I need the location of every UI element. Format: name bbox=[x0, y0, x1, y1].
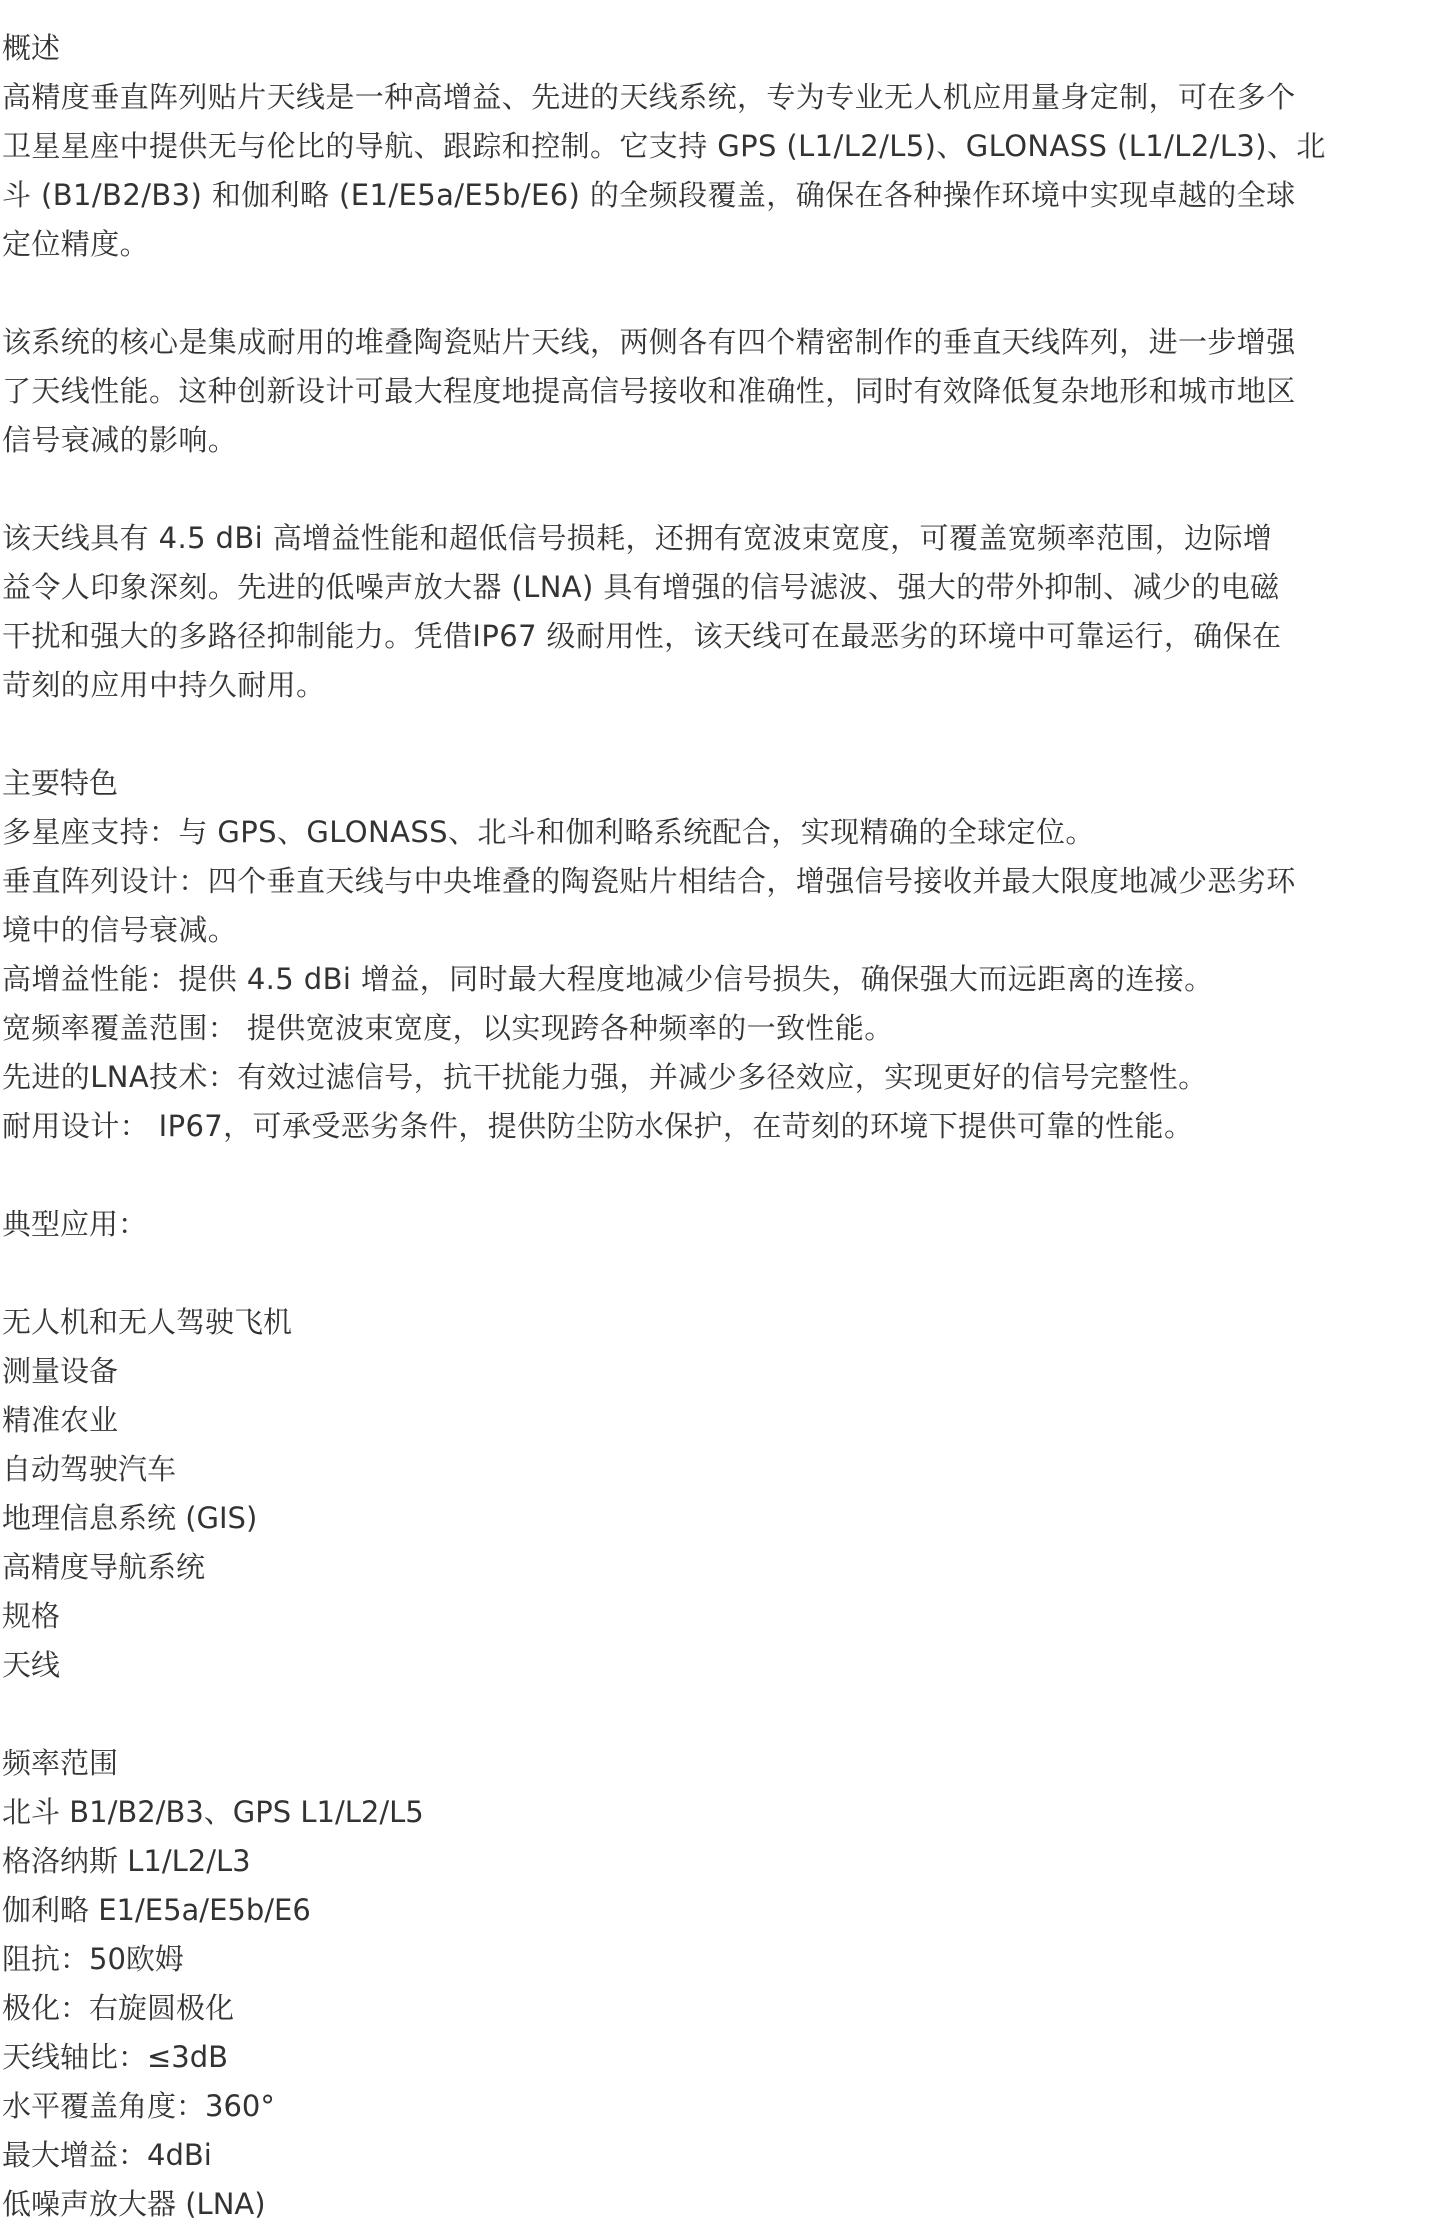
feature-item-durable: 耐用设计： IP67，可承受恶劣条件，提供防尘防水保护，在苛刻的环境下提供可靠的… bbox=[2, 1102, 1442, 1151]
frequency-range-list: 北斗 B1/B2/B3、GPS L1/L2/L5 格洛纳斯 L1/L2/L3 伽… bbox=[2, 1788, 1442, 1935]
paragraph-line: 该天线具有 4.5 dBi 高增益性能和超低信号损耗，还拥有宽波束宽度，可覆盖宽… bbox=[2, 514, 1442, 563]
overview-paragraph-2: 该系统的核心是集成耐用的堆叠陶瓷贴片天线，两侧各有四个精密制作的垂直天线阵列，进… bbox=[2, 318, 1442, 465]
spec-polarization: 极化：右旋圆极化 bbox=[2, 1984, 1442, 2033]
spacer bbox=[2, 710, 1442, 759]
spacer bbox=[2, 269, 1442, 318]
spec-lna: 低噪声放大器 (LNA) bbox=[2, 2180, 1442, 2229]
spec-list: 阻抗：50欧姆 极化：右旋圆极化 天线轴比：≤3dB 水平覆盖角度：360° 最… bbox=[2, 1935, 1442, 2229]
features-heading: 主要特色 bbox=[2, 759, 1442, 808]
applications-list: 无人机和无人驾驶飞机 测量设备 精准农业 自动驾驶汽车 地理信息系统 (GIS)… bbox=[2, 1298, 1442, 1592]
frequency-item-glonass: 格洛纳斯 L1/L2/L3 bbox=[2, 1837, 1442, 1886]
application-item: 地理信息系统 (GIS) bbox=[2, 1494, 1442, 1543]
application-item: 测量设备 bbox=[2, 1347, 1442, 1396]
spec-max-gain: 最大增益：4dBi bbox=[2, 2131, 1442, 2180]
paragraph-line: 益令人印象深刻。先进的低噪声放大器 (LNA) 具有增强的信号滤波、强大的带外抑… bbox=[2, 563, 1442, 612]
feature-item-vertical-array-cont: 境中的信号衰减。 bbox=[2, 906, 1442, 955]
paragraph-line: 了天线性能。这种创新设计可最大程度地提高信号接收和准确性，同时有效降低复杂地形和… bbox=[2, 367, 1442, 416]
spacer bbox=[2, 1151, 1442, 1200]
overview-paragraph-3: 该天线具有 4.5 dBi 高增益性能和超低信号损耗，还拥有宽波束宽度，可覆盖宽… bbox=[2, 514, 1442, 710]
feature-item-high-gain: 高增益性能：提供 4.5 dBi 增益，同时最大程度地减少信号损失，确保强大而远… bbox=[2, 955, 1442, 1004]
applications-heading: 典型应用： bbox=[2, 1200, 1442, 1249]
application-item: 无人机和无人驾驶飞机 bbox=[2, 1298, 1442, 1347]
paragraph-line: 斗 (B1/B2/B3) 和伽利略 (E1/E5a/E5b/E6) 的全频段覆盖… bbox=[2, 171, 1442, 220]
frequency-item-galileo: 伽利略 E1/E5a/E5b/E6 bbox=[2, 1886, 1442, 1935]
application-item: 高精度导航系统 bbox=[2, 1543, 1442, 1592]
spacer bbox=[2, 465, 1442, 514]
spec-horizontal-coverage: 水平覆盖角度：360° bbox=[2, 2082, 1442, 2131]
paragraph-line: 定位精度。 bbox=[2, 220, 1442, 269]
feature-item-lna: 先进的LNA技术：有效过滤信号，抗干扰能力强，并减少多径效应，实现更好的信号完整… bbox=[2, 1053, 1442, 1102]
specs-subheading-antenna: 天线 bbox=[2, 1641, 1442, 1690]
paragraph-line: 高精度垂直阵列贴片天线是一种高增益、先进的天线系统，专为专业无人机应用量身定制，… bbox=[2, 73, 1442, 122]
overview-heading: 概述 bbox=[2, 24, 1442, 73]
paragraph-line: 干扰和强大的多路径抑制能力。凭借IP67 级耐用性，该天线可在最恶劣的环境中可靠… bbox=[2, 612, 1442, 661]
product-description-document: 概述 高精度垂直阵列贴片天线是一种高增益、先进的天线系统，专为专业无人机应用量身… bbox=[2, 24, 1442, 2229]
paragraph-line: 该系统的核心是集成耐用的堆叠陶瓷贴片天线，两侧各有四个精密制作的垂直天线阵列，进… bbox=[2, 318, 1442, 367]
feature-item-wide-frequency: 宽频率覆盖范围： 提供宽波束宽度，以实现跨各种频率的一致性能。 bbox=[2, 1004, 1442, 1053]
specs-heading: 规格 bbox=[2, 1592, 1442, 1641]
features-list: 多星座支持：与 GPS、GLONASS、北斗和伽利略系统配合，实现精确的全球定位… bbox=[2, 808, 1442, 1151]
frequency-item-beidou-gps: 北斗 B1/B2/B3、GPS L1/L2/L5 bbox=[2, 1788, 1442, 1837]
frequency-range-heading: 频率范围 bbox=[2, 1739, 1442, 1788]
feature-item-vertical-array: 垂直阵列设计：四个垂直天线与中央堆叠的陶瓷贴片相结合，增强信号接收并最大限度地减… bbox=[2, 857, 1442, 906]
paragraph-line: 卫星星座中提供无与伦比的导航、跟踪和控制。它支持 GPS (L1/L2/L5)、… bbox=[2, 122, 1442, 171]
spacer bbox=[2, 1249, 1442, 1298]
spacer bbox=[2, 1690, 1442, 1739]
paragraph-line: 苛刻的应用中持久耐用。 bbox=[2, 661, 1442, 710]
application-item: 自动驾驶汽车 bbox=[2, 1445, 1442, 1494]
spec-axial-ratio: 天线轴比：≤3dB bbox=[2, 2033, 1442, 2082]
feature-item-multi-constellation: 多星座支持：与 GPS、GLONASS、北斗和伽利略系统配合，实现精确的全球定位… bbox=[2, 808, 1442, 857]
spec-impedance: 阻抗：50欧姆 bbox=[2, 1935, 1442, 1984]
overview-paragraph-1: 高精度垂直阵列贴片天线是一种高增益、先进的天线系统，专为专业无人机应用量身定制，… bbox=[2, 73, 1442, 269]
application-item: 精准农业 bbox=[2, 1396, 1442, 1445]
paragraph-line: 信号衰减的影响。 bbox=[2, 416, 1442, 465]
